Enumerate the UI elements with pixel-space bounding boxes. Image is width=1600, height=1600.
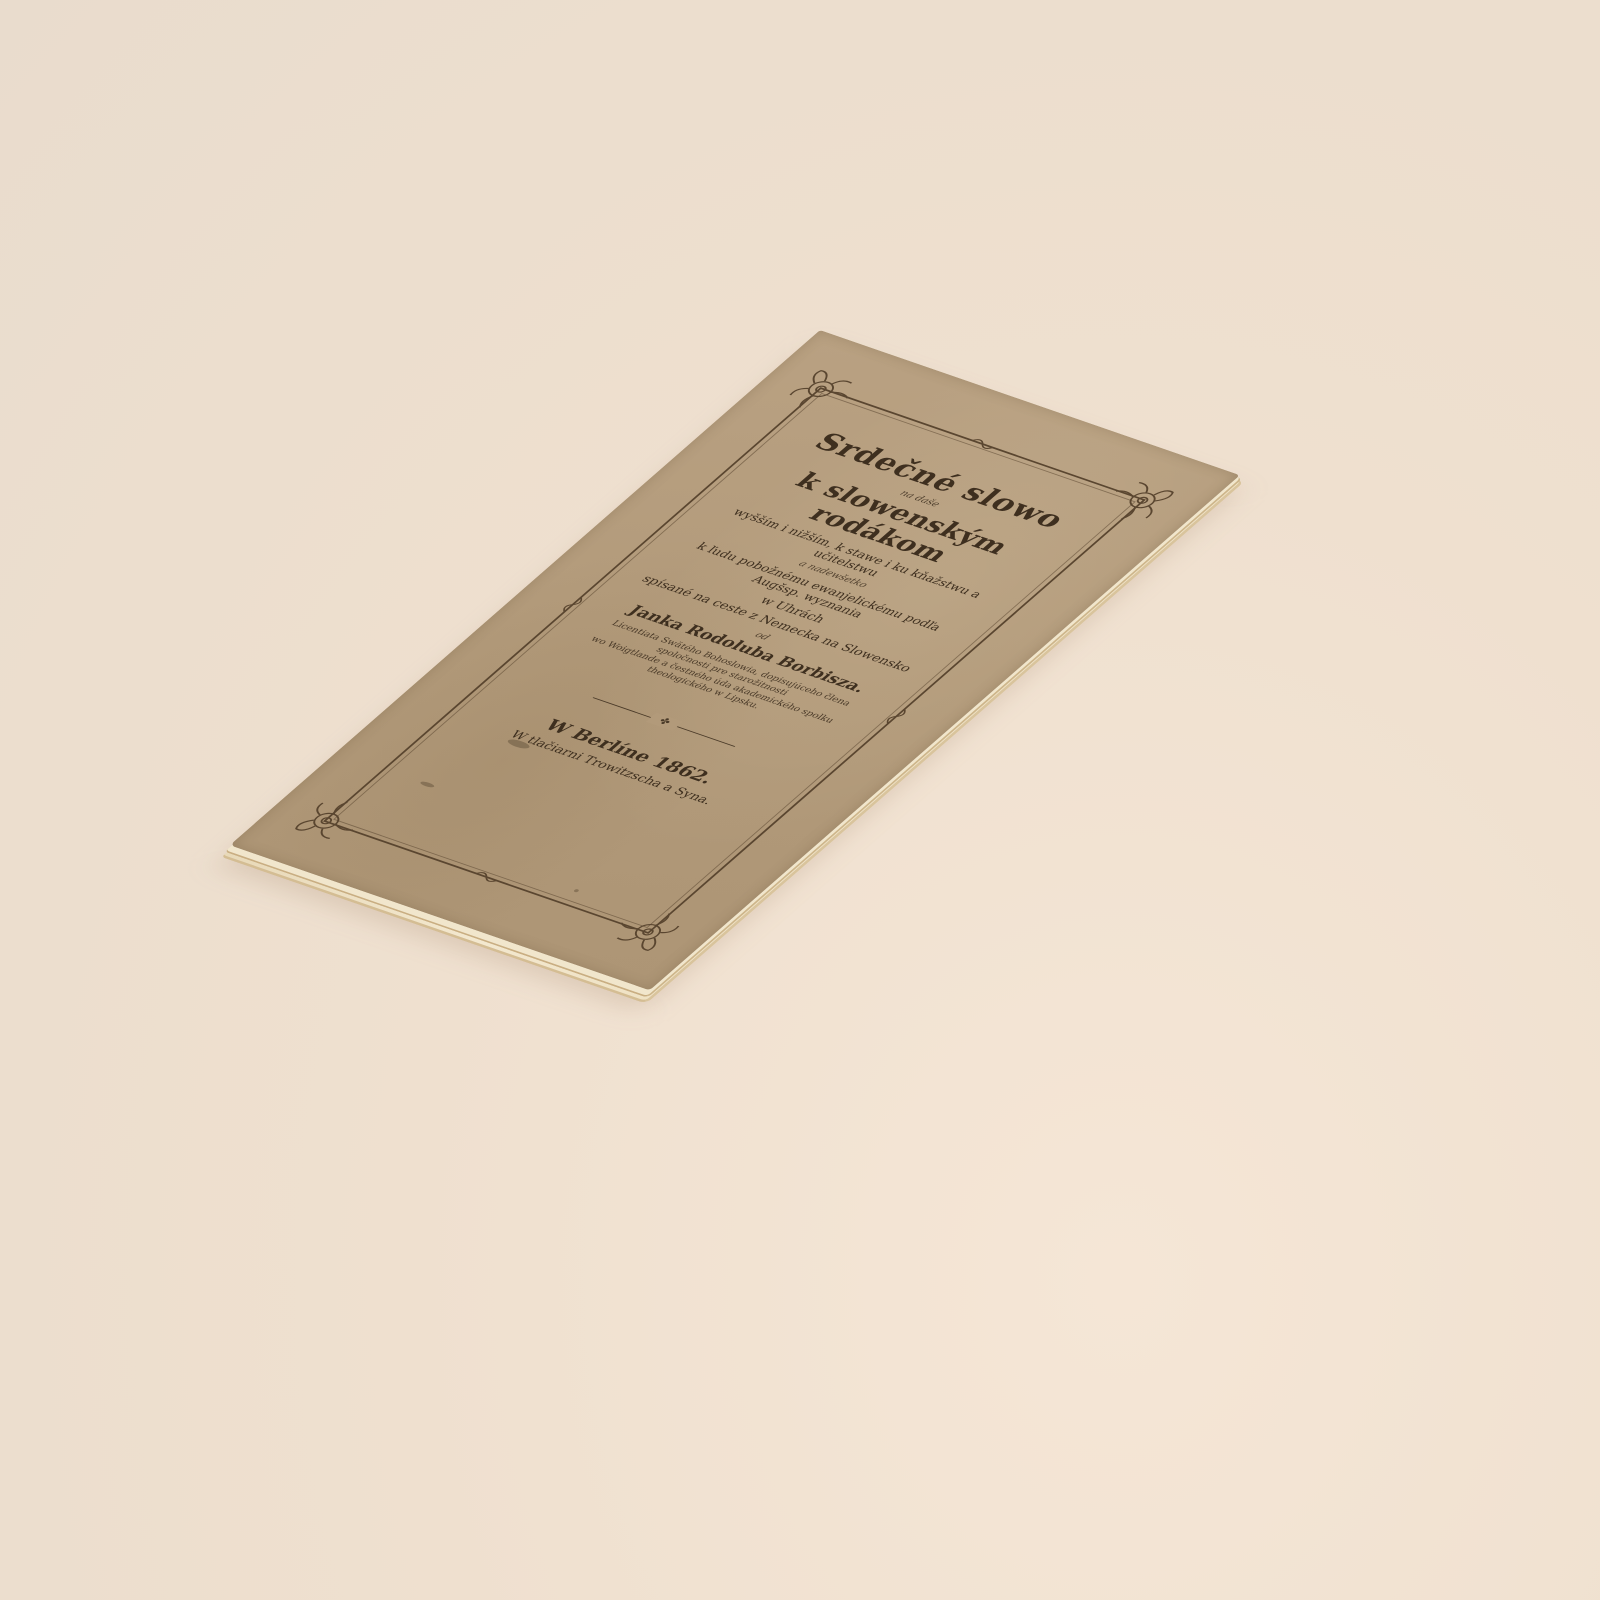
decorative-frame: Srdečné slowo na daše k slowenským rodák… <box>323 387 1146 934</box>
photo-scene: Srdečné slowo na daše k slowenským rodák… <box>0 0 1600 1600</box>
fleuron-icon: ✤ <box>646 713 683 731</box>
book-cover: Srdečné slowo na daše k slowenským rodák… <box>230 330 1240 990</box>
book: Srdečné slowo na daše k slowenským rodák… <box>230 330 1240 990</box>
